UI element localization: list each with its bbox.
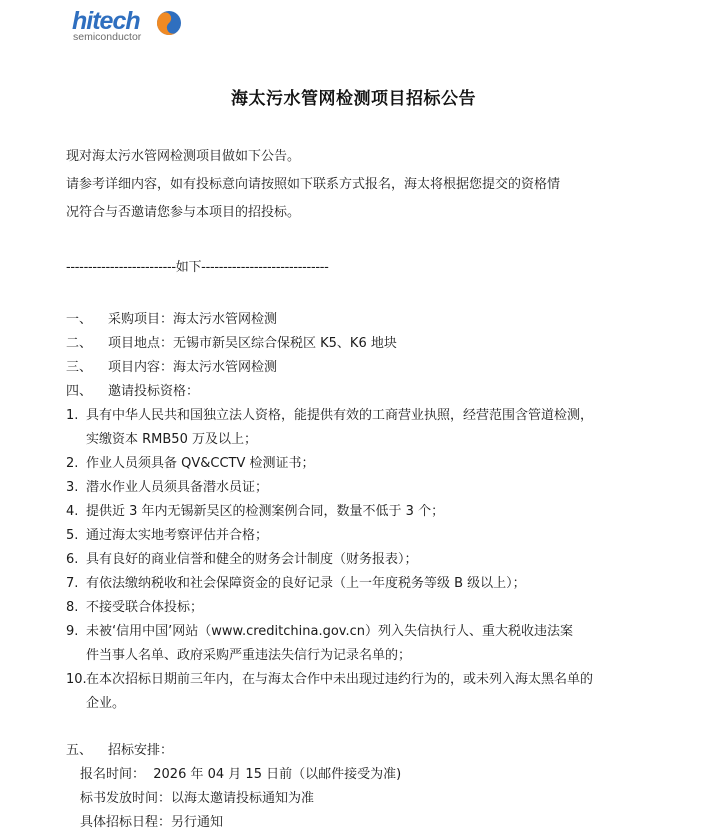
qualification-item: 5.通过海太实地考察评估并合格； <box>66 528 268 544</box>
item-text: 具有中华人民共和国独立法人资格，能提供有效的工商营业执照，经营范围含管道检测， <box>86 408 593 423</box>
logo-yin-yang-icon <box>156 10 182 36</box>
item-number: 8. <box>66 600 86 616</box>
qualification-item: 3.潜水作业人员须具备潜水员证； <box>66 480 268 496</box>
schedule-bidding-date: 具体招标日程：另行通知 <box>80 815 223 831</box>
item-number: 6. <box>66 552 86 568</box>
item-text-continued: 企业。 <box>86 696 125 712</box>
intro-line: 况符合与否邀请您参与本项目的招投标。 <box>66 205 300 221</box>
item-number: 9. <box>66 624 86 640</box>
item-number: 4. <box>66 504 86 520</box>
item-text: 作业人员须具备 QV&CCTV 检测证书； <box>86 456 315 471</box>
qualification-item: 8.不接受联合体投标； <box>66 600 203 616</box>
section-text: 项目内容：海太污水管网检测 <box>108 360 277 375</box>
item-text: 潜水作业人员须具备潜水员证； <box>86 480 268 495</box>
section-text: 招标安排： <box>108 743 173 758</box>
section-number: 一、 <box>66 312 108 328</box>
item-text-continued: 实缴资本 RMB50 万及以上； <box>86 432 257 448</box>
qualification-item: 7.有依法缴纳税收和社会保障资金的良好记录（上一年度税务等级 B 级以上）； <box>66 576 526 592</box>
qualification-item: 10.在本次招标日期前三年内，在与海太合作中未出现过违约行为的，或未列入海太黑名… <box>66 672 593 688</box>
intro-line: 请参考详细内容，如有投标意向请按照如下联系方式报名，海太将根据您提交的资格情 <box>66 177 560 193</box>
section-text: 邀请投标资格： <box>108 384 199 399</box>
item-text: 具有良好的商业信誉和健全的财务会计制度（财务报表）； <box>86 552 418 567</box>
item-number: 10. <box>66 672 86 688</box>
section-number: 五、 <box>66 743 108 759</box>
item-number: 3. <box>66 480 86 496</box>
item-text: 通过海太实地考察评估并合格； <box>86 528 268 543</box>
section-text: 项目地点：无锡市新吴区综合保税区 K5、K6 地块 <box>108 336 397 351</box>
section-number: 二、 <box>66 336 108 352</box>
section-1: 一、采购项目：海太污水管网检测 <box>66 312 277 328</box>
qualification-item: 4.提供近 3 年内无锡新吴区的检测案例合同，数量不低于 3 个； <box>66 504 444 520</box>
page-title: 海太污水管网检测项目招标公告 <box>0 84 707 109</box>
section-number: 三、 <box>66 360 108 376</box>
separator: -------------------------如下-------------… <box>66 260 329 276</box>
section-5: 五、招标安排： <box>66 743 173 759</box>
qualification-item: 1.具有中华人民共和国独立法人资格，能提供有效的工商营业执照，经营范围含管道检测… <box>66 408 593 424</box>
section-number: 四、 <box>66 384 108 400</box>
schedule-document-release: 标书发放时间：以海太邀请投标通知为准 <box>80 791 314 807</box>
intro-line: 现对海太污水管网检测项目做如下公告。 <box>66 149 300 165</box>
qualification-item: 6.具有良好的商业信誉和健全的财务会计制度（财务报表）； <box>66 552 418 568</box>
item-number: 2. <box>66 456 86 472</box>
section-2: 二、项目地点：无锡市新吴区综合保税区 K5、K6 地块 <box>66 336 397 352</box>
qualification-item: 2.作业人员须具备 QV&CCTV 检测证书； <box>66 456 315 472</box>
item-number: 7. <box>66 576 86 592</box>
logo-subtitle: semiconductor <box>73 32 141 43</box>
item-text: 在本次招标日期前三年内，在与海太合作中未出现过违约行为的，或未列入海太黑名单的 <box>86 672 593 687</box>
qualification-item: 9.未被‘信用中国’网站（www.creditchina.gov.cn）列入失信… <box>66 624 573 640</box>
section-text: 采购项目：海太污水管网检测 <box>108 312 277 327</box>
hitech-logo: hitech semiconductor <box>72 8 187 44</box>
section-4: 四、邀请投标资格： <box>66 384 199 400</box>
item-number: 1. <box>66 408 86 424</box>
item-text: 未被‘信用中国’网站（www.creditchina.gov.cn）列入失信执行… <box>86 624 573 639</box>
item-text: 有依法缴纳税收和社会保障资金的良好记录（上一年度税务等级 B 级以上）； <box>86 576 526 591</box>
item-text: 不接受联合体投标； <box>86 600 203 615</box>
schedule-registration: 报名时间： 2026 年 04 月 15 日前（以邮件接受为准) <box>80 767 401 783</box>
item-number: 5. <box>66 528 86 544</box>
item-text: 提供近 3 年内无锡新吴区的检测案例合同，数量不低于 3 个； <box>86 504 444 519</box>
section-3: 三、项目内容：海太污水管网检测 <box>66 360 277 376</box>
item-text-continued: 件当事人名单、政府采购严重违法失信行为记录名单的； <box>86 648 411 664</box>
